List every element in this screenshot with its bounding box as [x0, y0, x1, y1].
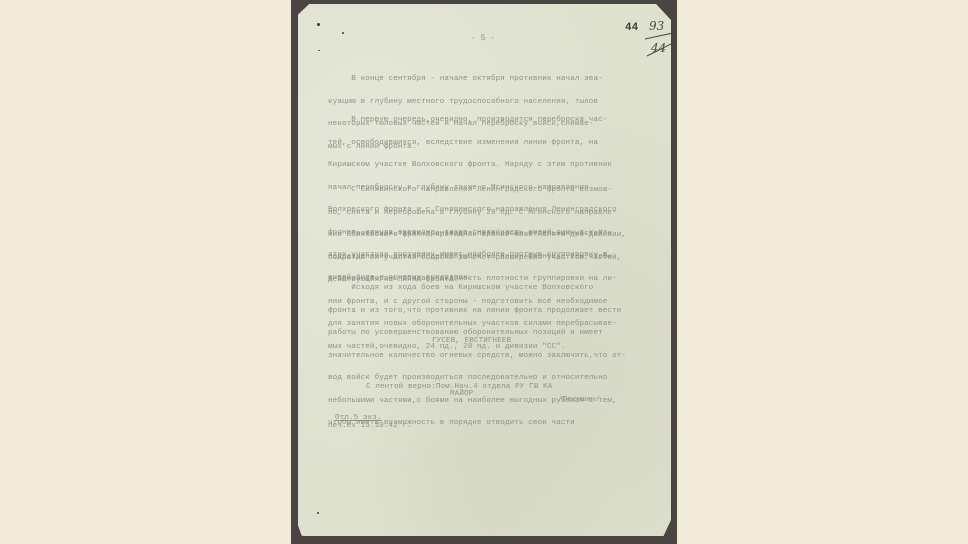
typed-date: печ.ех 15.10.42 г.: [328, 423, 412, 431]
text-line: фронта и из того,что противник на линии …: [328, 308, 626, 316]
text-line: подразделений дивизий,действующих на лин…: [328, 254, 617, 262]
text-line: вод войск будет производиться последоват…: [328, 375, 626, 383]
text-line: С Синявинского направления Ленинградског…: [328, 187, 626, 195]
signer-name: /Петишин/: [558, 397, 600, 405]
text-line: тей, освободившихся, вследствие изменени…: [328, 140, 617, 148]
handwritten-folio-mark: 93 44: [643, 18, 671, 62]
page-number: - 5 -: [471, 34, 495, 43]
handwritten-folio-top: 93: [649, 19, 665, 33]
text-line: значительное количество огневых средств,…: [328, 353, 626, 361]
text-line: Исходя из хода боев на Киришском участке…: [328, 285, 626, 293]
signatures: ГУСЕВ, ЕВСТИГНЕЕВ: [432, 338, 511, 346]
document-viewer: 44 93 44 - 5 - В конце сентября - начале…: [0, 0, 968, 544]
text-line: Киришском участке Волховского фронта. На…: [328, 162, 617, 170]
signer-rank: МАЙОР: [450, 391, 473, 399]
scan-frame: 44 93 44 - 5 - В конце сентября - начале…: [291, 0, 677, 544]
punch-hole-mark: [317, 23, 320, 26]
text-line: В конце сентября - начале октября против…: [328, 76, 603, 84]
punch-hole-mark: [342, 32, 344, 34]
paper-speck: [317, 512, 319, 514]
text-line: Противник также производит переброски от…: [328, 231, 617, 239]
document-page: 44 93 44 - 5 - В конце сентября - начале…: [298, 4, 671, 536]
archive-stamp-number: 44: [625, 22, 638, 34]
punch-hole-mark: [318, 50, 320, 51]
text-line: В первую очередь,очевидно, производится …: [328, 117, 617, 125]
